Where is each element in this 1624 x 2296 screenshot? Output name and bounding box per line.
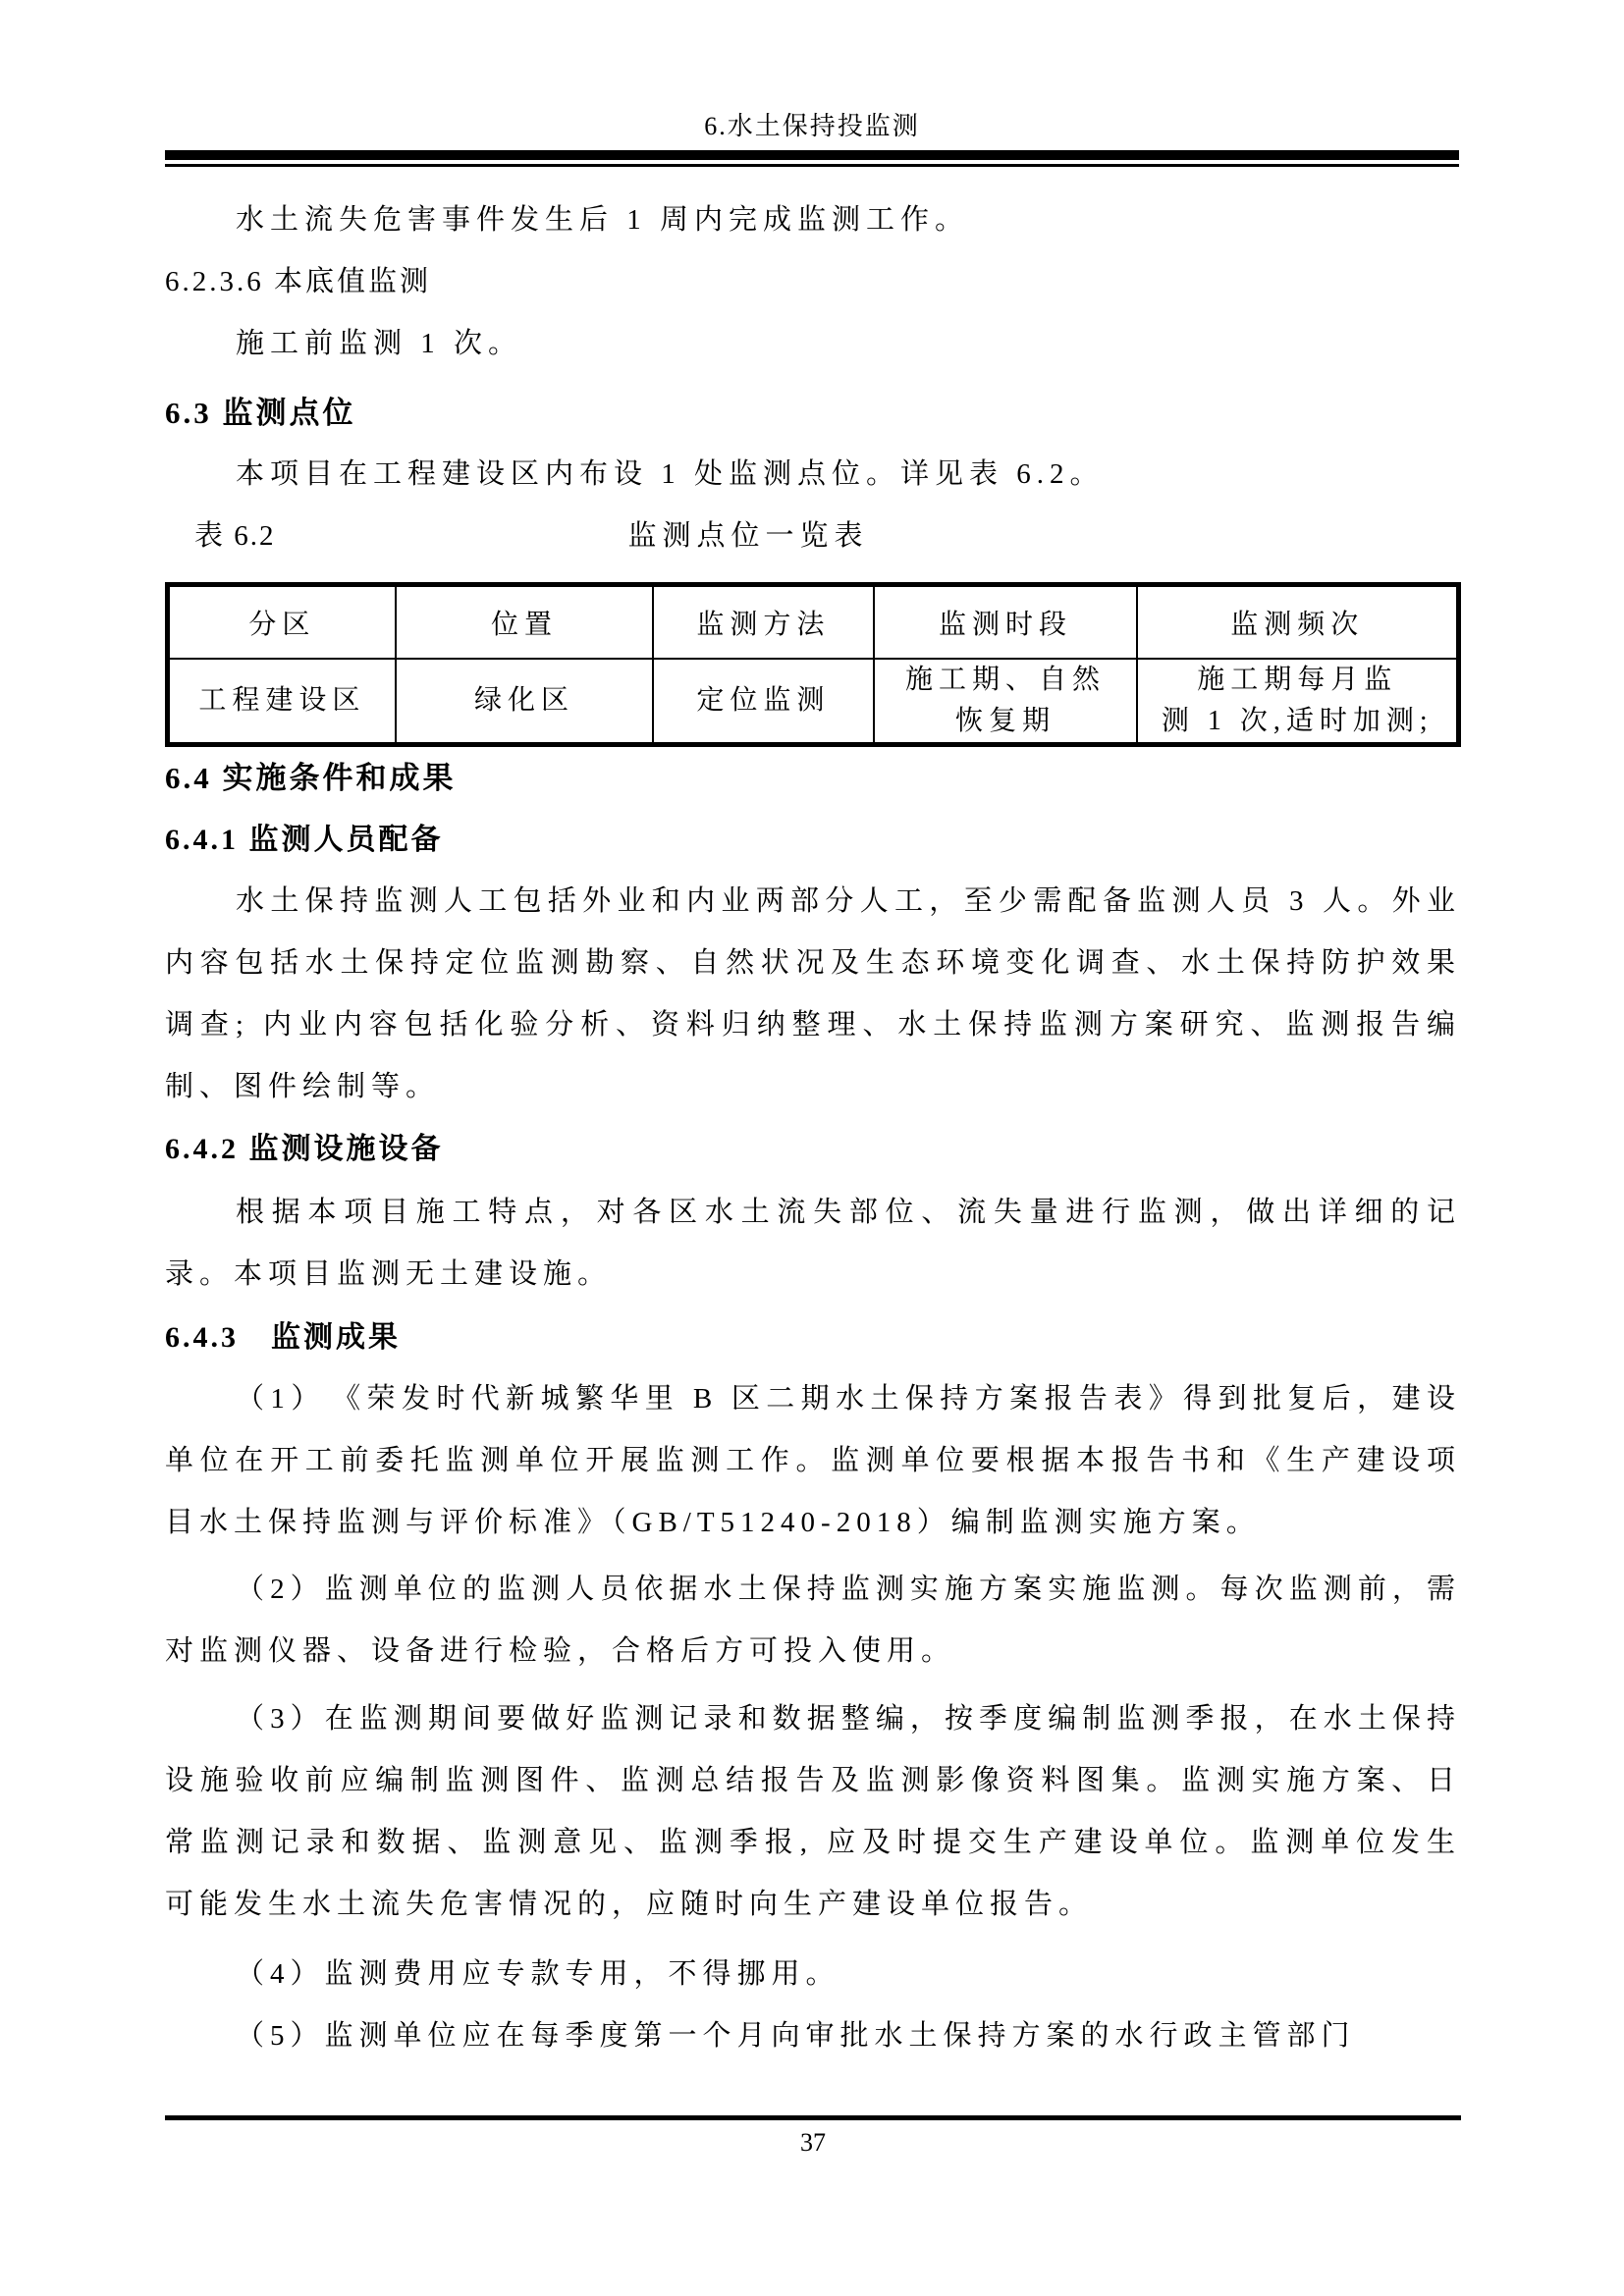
table-header-location: 位置	[396, 585, 653, 659]
heading-6-3: 6.3 监测点位	[165, 382, 1461, 444]
table-caption-label: 表 6.2	[165, 520, 276, 552]
table-cell-zone: 工程建设区	[168, 659, 396, 745]
header-divider-thick-line	[165, 150, 1459, 160]
table-row: 工程建设区 绿化区 定位监测 施工期、自然 恢复期 施工期每月监 测 1 次,适…	[168, 659, 1459, 745]
heading-6-4-1: 6.4.1 监测人员配备	[165, 809, 1461, 871]
heading-6-4-2: 6.4.2 监测设施设备	[165, 1118, 1461, 1180]
paragraph-pre-construction: 施工前监测 1 次。	[165, 313, 1461, 375]
table-header-row: 分区 位置 监测方法 监测时段 监测频次	[168, 585, 1459, 659]
document-page: 6.水土保持投监测 水土流失危害事件发生后 1 周内完成监测工作。 6.2.3.…	[0, 0, 1624, 2296]
paragraph-result-1: （1） 《荣发时代新城繁华里 B 区二期水土保持方案报告表》得到批复后，建设单位…	[165, 1368, 1461, 1554]
monitoring-points-table: 分区 位置 监测方法 监测时段 监测频次 工程建设区 绿化区 定位监测 施工期、…	[165, 582, 1461, 747]
table-cell-method: 定位监测	[653, 659, 874, 745]
page-footer: 37	[165, 2115, 1461, 2158]
page-number: 37	[165, 2128, 1461, 2158]
table-header-frequency: 监测频次	[1137, 585, 1458, 659]
paragraph-monitoring-points: 本项目在工程建设区内布设 1 处监测点位。详见表 6.2。	[165, 444, 1461, 506]
paragraph-monitoring-deadline: 水土流失危害事件发生后 1 周内完成监测工作。	[165, 189, 1461, 251]
table-cell-location: 绿化区	[396, 659, 653, 745]
table-header-period: 监测时段	[874, 585, 1138, 659]
table-header-zone: 分区	[168, 585, 396, 659]
paragraph-result-2: （2）监测单位的监测人员依据水土保持监测实施方案实施监测。每次监测前，需对监测仪…	[165, 1559, 1461, 1682]
header-divider	[165, 150, 1459, 167]
table-header-method: 监测方法	[653, 585, 874, 659]
header-divider-thin-line	[165, 164, 1459, 167]
table-cell-period: 施工期、自然 恢复期	[874, 659, 1138, 745]
paragraph-result-5: （5）监测单位应在每季度第一个月向审批水土保持方案的水行政主管部门	[165, 2005, 1461, 2067]
heading-6-4: 6.4 实施条件和成果	[165, 747, 1461, 809]
heading-6-2-3-6: 6.2.3.6 本底值监测	[165, 251, 1461, 313]
page-header-title: 6.水土保持投监测	[0, 0, 1624, 143]
paragraph-result-3: （3）在监测期间要做好监测记录和数据整编，按季度编制监测季报，在水土保持设施验收…	[165, 1688, 1461, 1936]
table-caption: 表 6.2 监测点位一览表	[165, 506, 1461, 567]
paragraph-personnel: 水土保持监测人工包括外业和内业两部分人工，至少需配备监测人员 3 人。外业内容包…	[165, 871, 1461, 1118]
heading-6-4-3: 6.4.3 监测成果	[165, 1307, 1461, 1368]
paragraph-result-4: （4）监测费用应专款专用，不得挪用。	[165, 1944, 1461, 2005]
document-body: 水土流失危害事件发生后 1 周内完成监测工作。 6.2.3.6 本底值监测 施工…	[165, 189, 1461, 2067]
table-cell-frequency: 施工期每月监 测 1 次,适时加测;	[1137, 659, 1458, 745]
table-caption-title: 监测点位一览表	[627, 506, 868, 567]
paragraph-facilities: 根据本项目施工特点，对各区水土流失部位、流失量进行监测，做出详细的记录。本项目监…	[165, 1182, 1461, 1306]
footer-divider-line	[165, 2115, 1461, 2120]
